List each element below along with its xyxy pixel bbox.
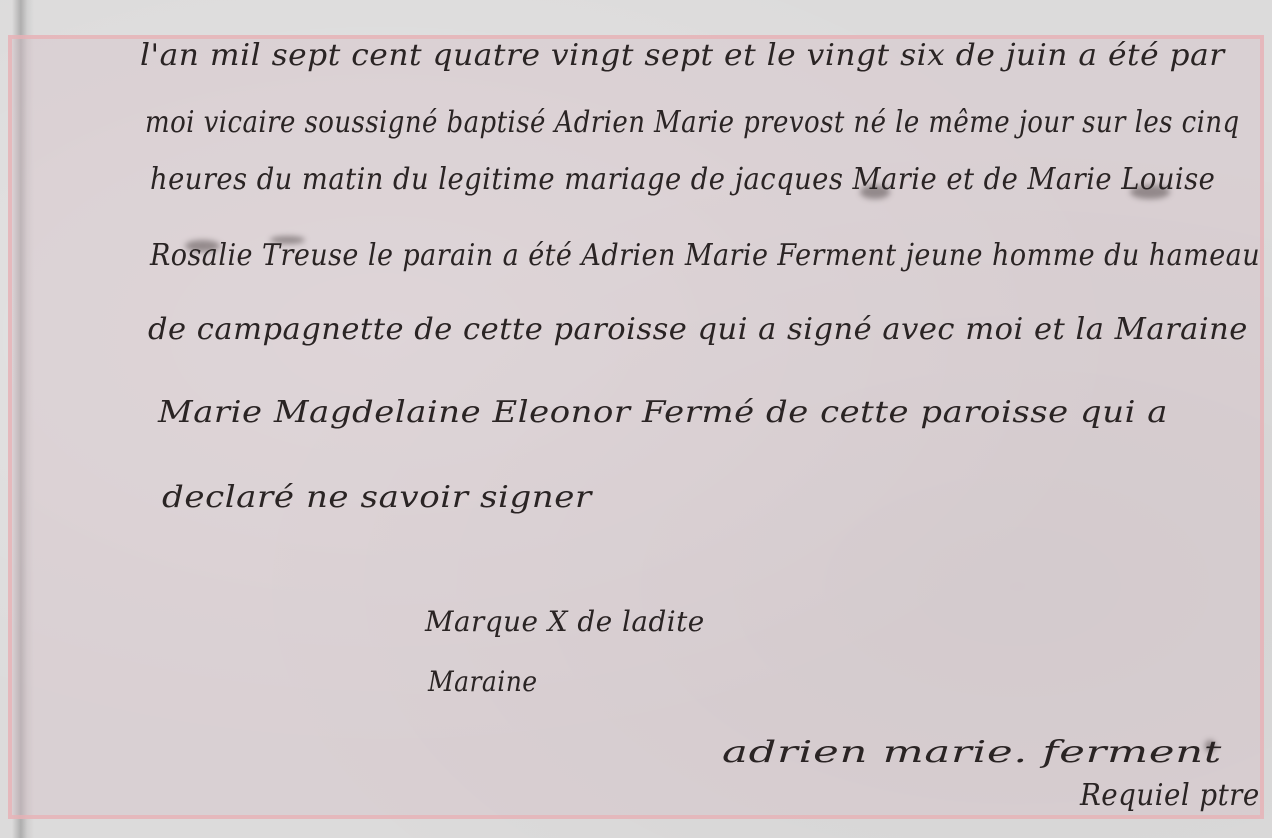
record-line-7: declaré ne savoir signer [162, 480, 592, 515]
priest-signature: Requiel ptre [1080, 778, 1260, 813]
record-line-3: heures du matin du legitime mariage de j… [150, 162, 1215, 197]
godmother-title: Maraine [428, 665, 538, 698]
record-line-2: moi vicaire soussigné baptisé Adrien Mar… [145, 105, 1240, 140]
record-line-4: Rosalie Treuse le parain a été Adrien Ma… [150, 238, 1260, 273]
record-line-1: l'an mil sept cent quatre vingt sept et … [140, 38, 1225, 73]
godfather-signature: adrien marie. ferment [722, 735, 1222, 770]
record-line-6: Marie Magdelaine Eleonor Fermé de cette … [158, 395, 1168, 430]
document-scan: l'an mil sept cent quatre vingt sept et … [0, 0, 1272, 838]
record-line-5: de campagnette de cette paroisse qui a s… [148, 312, 1248, 347]
godmother-mark-signature: Marque X de ladite [425, 605, 705, 638]
